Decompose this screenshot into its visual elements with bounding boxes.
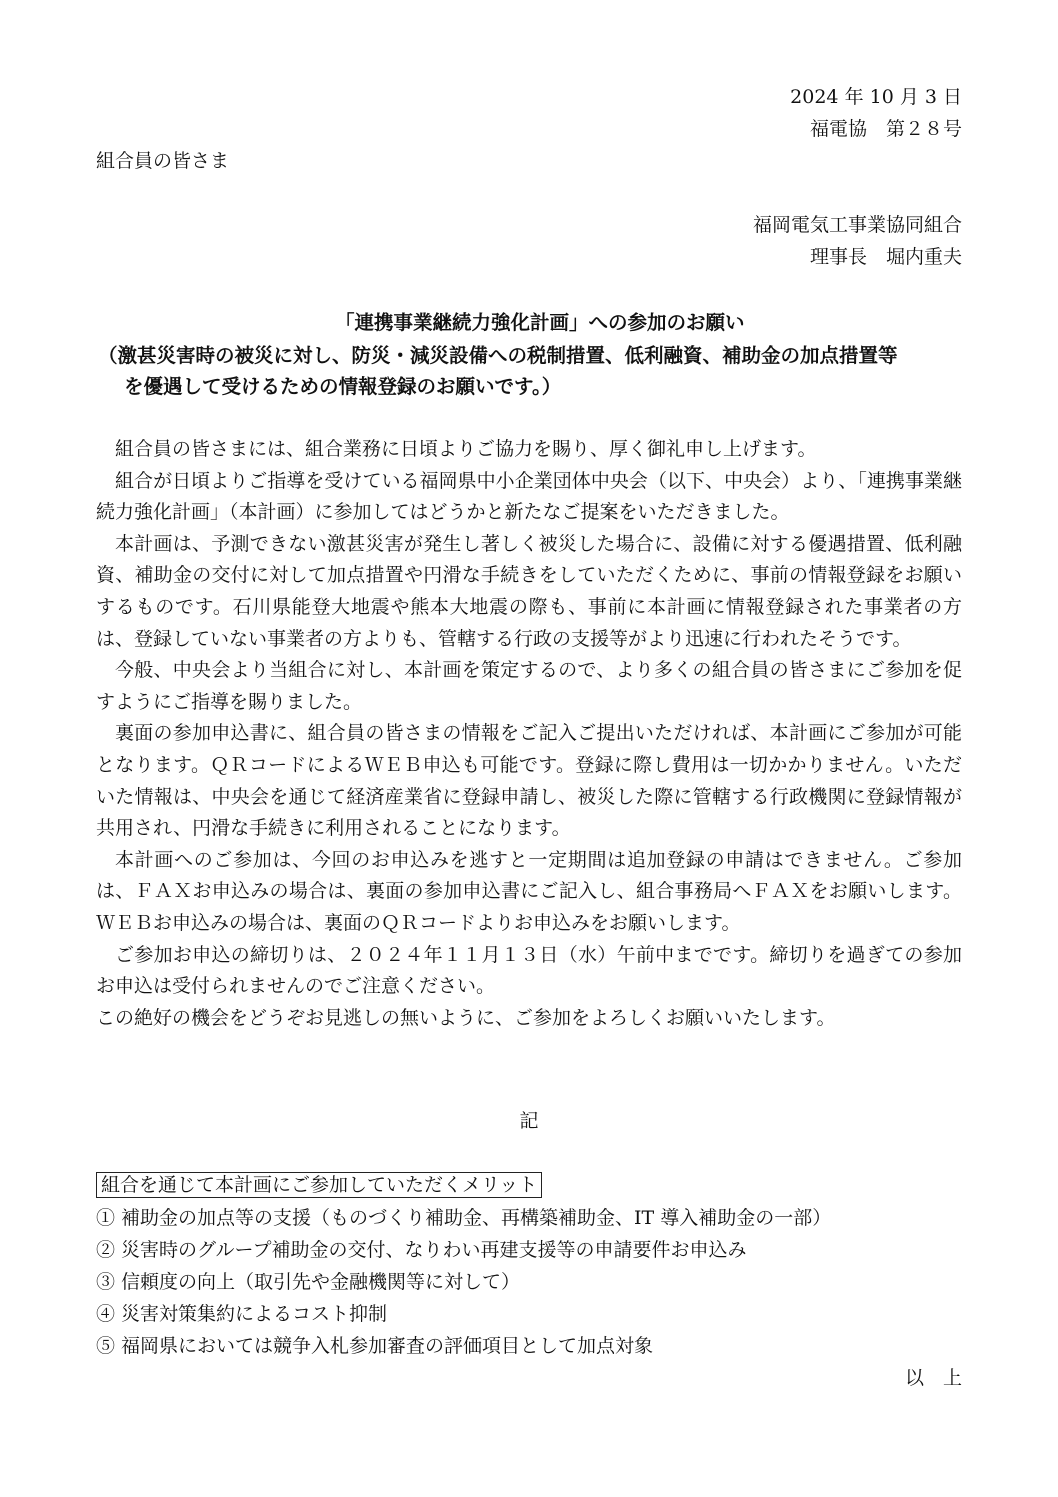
sender-person: 理事長 堀内重夫 xyxy=(810,244,962,270)
document-subtitle-line-1: （激甚災害時の被災に対し、防災・減災設備への税制措置、低利融資、補助金の加点措置… xyxy=(98,343,898,369)
merits-heading-box: 組合を通じて本計画にご参加していただくメリット xyxy=(96,1172,542,1198)
body-paragraph-5: 裏面の参加申込書に、組合員の皆さまの情報をご記入ご提出いただければ、本計画にご参… xyxy=(96,718,962,844)
recipient: 組合員の皆さま xyxy=(96,148,229,174)
sender-organization: 福岡電気工事業協同組合 xyxy=(753,212,962,238)
ki-marker: 記 xyxy=(0,1108,1058,1134)
merits-heading: 組合を通じて本計画にご参加していただくメリット xyxy=(96,1172,542,1198)
document-subtitle-line-2: を優遇して受けるための情報登録のお願いです。） xyxy=(124,374,561,400)
body-paragraph-7: ご参加お申込の締切りは、２０２４年１１月１３日（水）午前中までです。締切りを過ぎ… xyxy=(96,940,962,1003)
document-title: 「連携事業継続力強化計画」への参加のお願い xyxy=(335,310,745,336)
document-number: 福電協 第２８号 xyxy=(810,116,962,142)
letter-body: 組合員の皆さまには、組合業務に日頃よりご協力を賜り、厚く御礼申し上げます。 組合… xyxy=(96,434,962,1034)
body-paragraph-1: 組合員の皆さまには、組合業務に日頃よりご協力を賜り、厚く御礼申し上げます。 xyxy=(96,434,962,466)
merit-item-5: ⑤ 福岡県においては競争入札参加審査の評価項目として加点対象 xyxy=(96,1333,653,1359)
body-paragraph-6: 本計画へのご参加は、今回のお申込みを逃すと一定期間は追加登録の申請はできません。… xyxy=(96,845,962,940)
closing-sentence: この絶好の機会をどうぞお見逃しの無いように、ご参加をよろしくお願いいたします。 xyxy=(96,1003,962,1035)
body-paragraph-3: 本計画は、予測できない激甚災害が発生し著しく被災した場合に、設備に対する優遇措置… xyxy=(96,529,962,655)
document-date: 2024 年 10 月 3 日 xyxy=(790,84,962,110)
body-paragraph-4: 今般、中央会より当組合に対し、本計画を策定するので、より多くの組合員の皆さまにご… xyxy=(96,655,962,718)
letter-page: 2024 年 10 月 3 日 福電協 第２８号 組合員の皆さま 福岡電気工事業… xyxy=(0,0,1058,1497)
merit-item-1: ① 補助金の加点等の支援（ものづくり補助金、再構築補助金、IT 導入補助金の一部… xyxy=(96,1205,831,1231)
merit-item-4: ④ 災害対策集約によるコスト抑制 xyxy=(96,1301,387,1327)
ijo-closing: 以 上 xyxy=(905,1365,962,1391)
body-paragraph-2: 組合が日頃よりご指導を受けている福岡県中小企業団体中央会（以下、中央会）より、「… xyxy=(96,466,962,529)
merit-item-3: ③ 信頼度の向上（取引先や金融機関等に対して） xyxy=(96,1269,520,1295)
merit-item-2: ② 災害時のグループ補助金の交付、なりわい再建支援等の申請要件お申込み xyxy=(96,1237,747,1263)
